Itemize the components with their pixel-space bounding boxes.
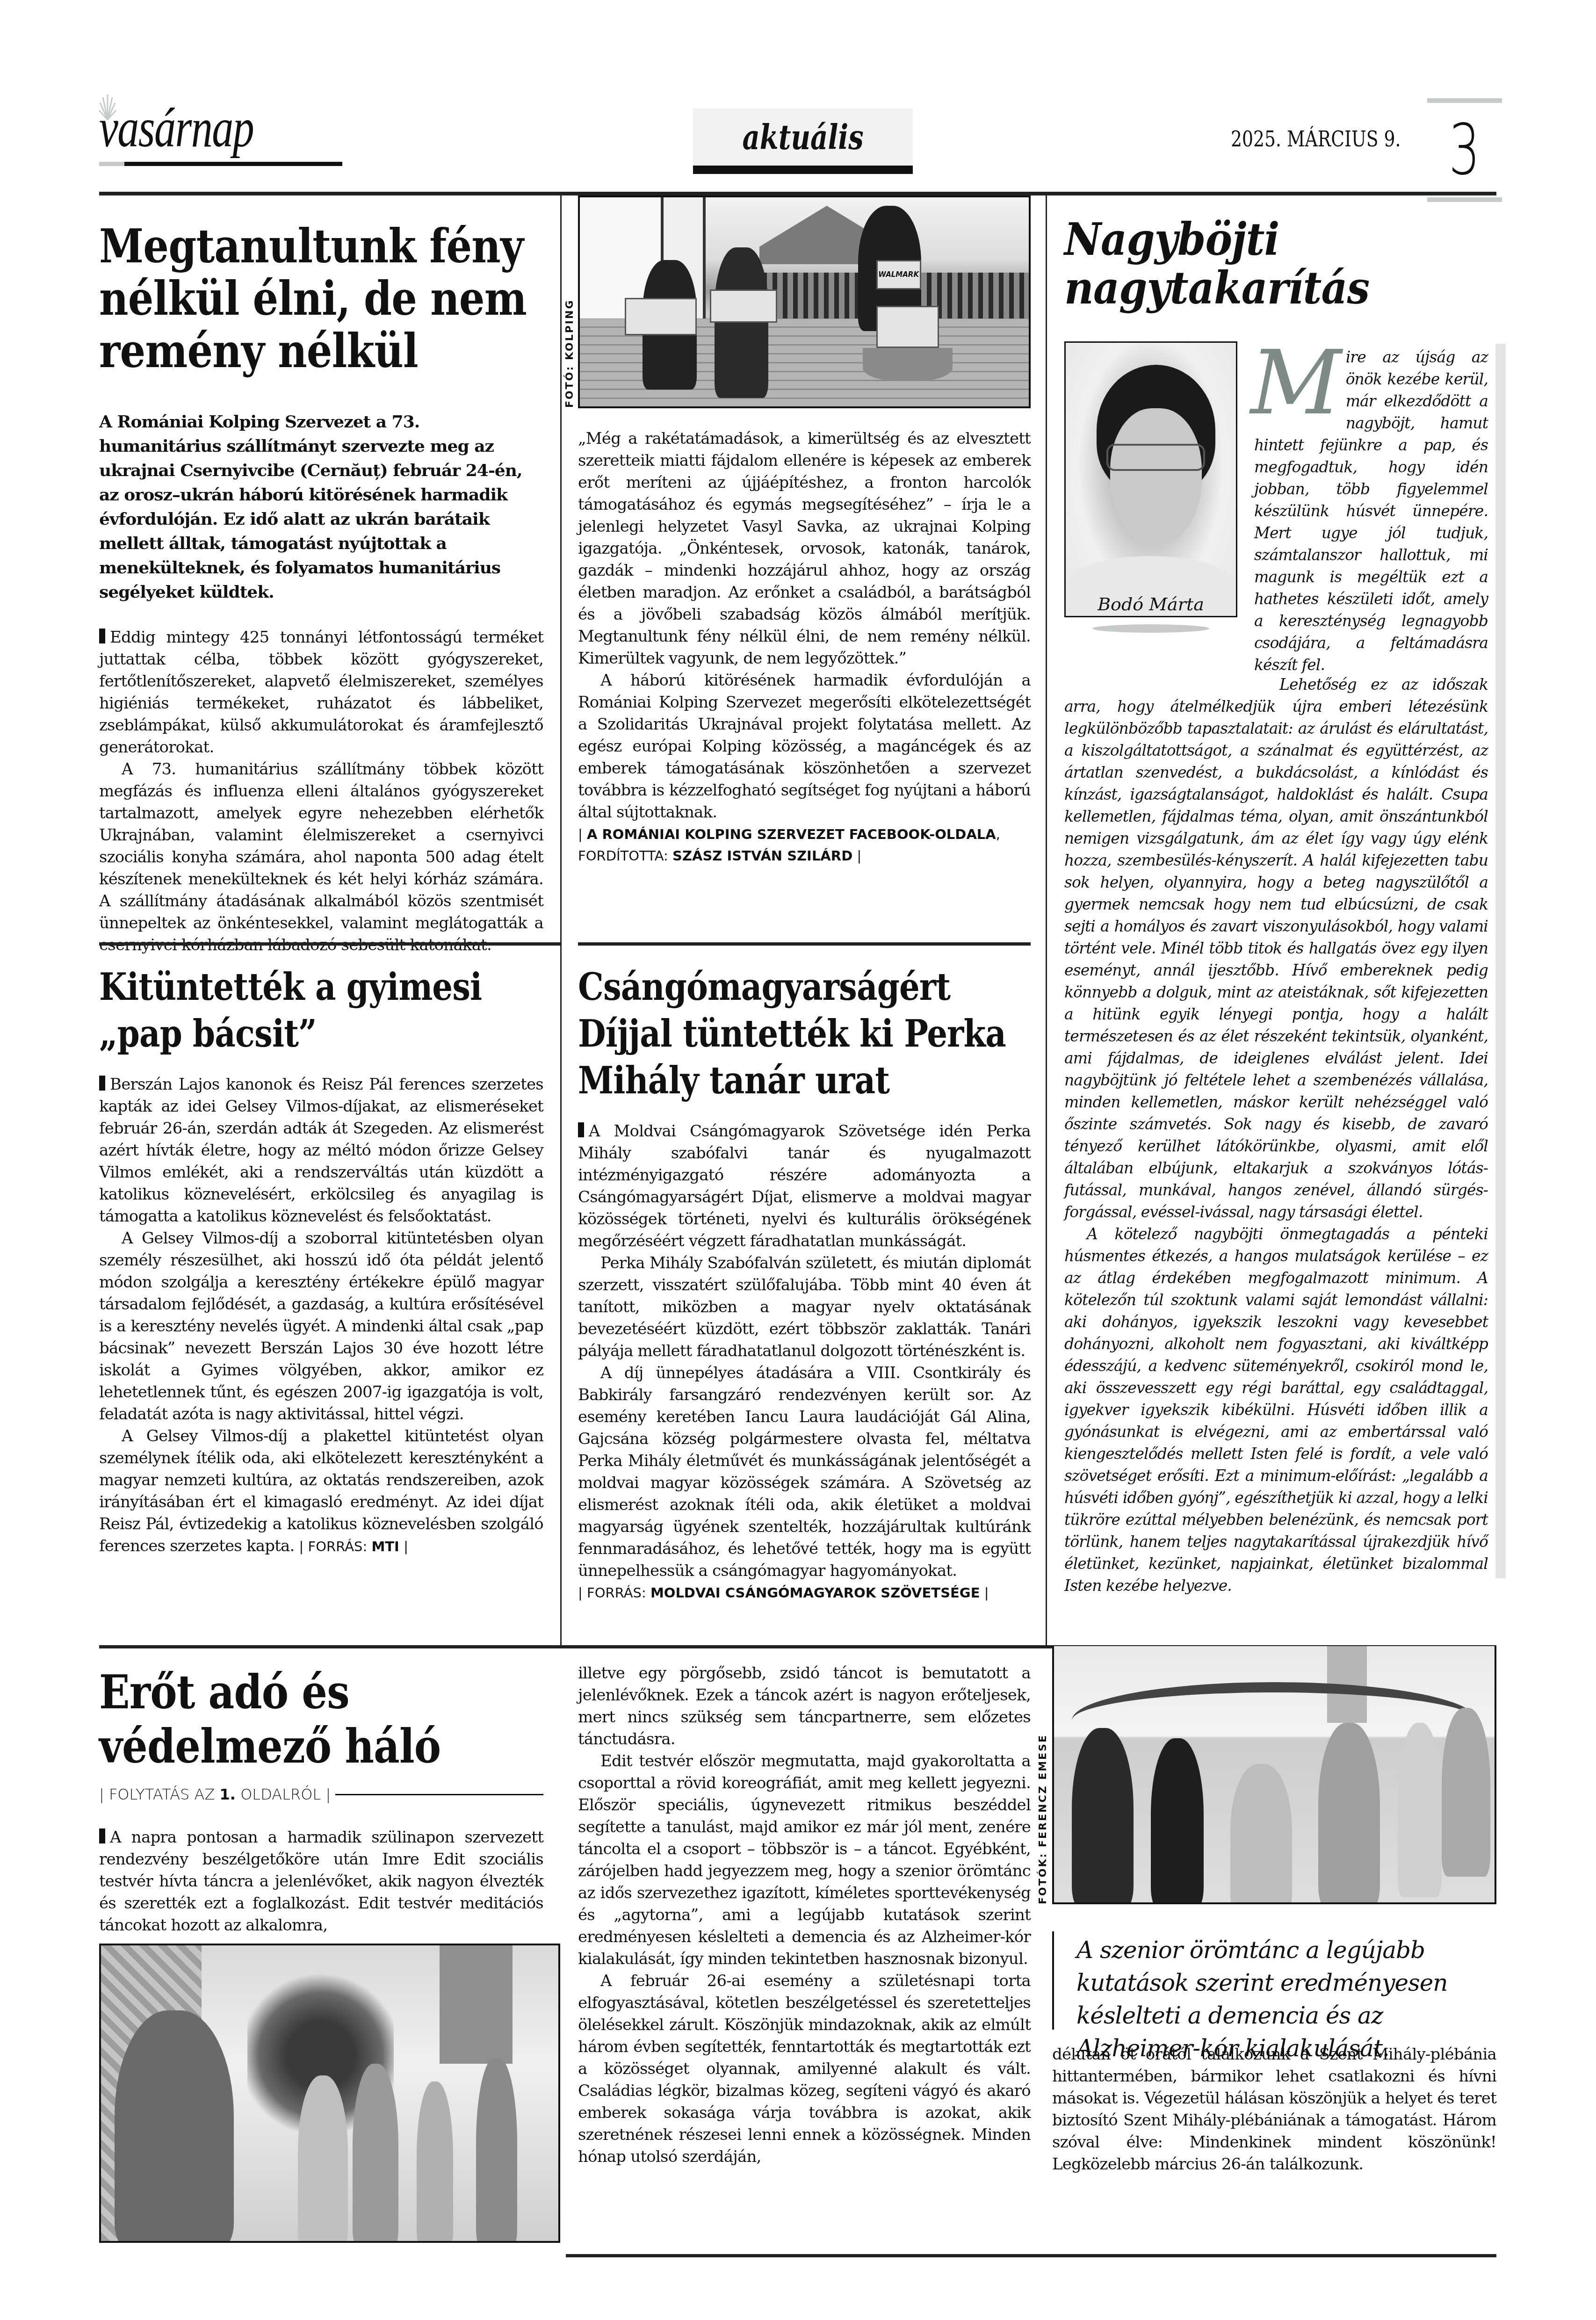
article-headline: Kitüntették a gyimesi „pap bácsit” <box>99 963 542 1057</box>
credit-translator: SZÁSZ ISTVÁN SZILÁRD <box>672 848 852 864</box>
article-credit: | FORRÁS: MTI | <box>299 1539 408 1554</box>
article-headline: Megtanultunk fény nélkül élni, de nem re… <box>99 220 542 377</box>
paragraph: A napra pontosan a harmadik szülinapon s… <box>99 1828 543 1935</box>
article-headline: Csángómagyarságért Díjjal tüntették ki P… <box>578 963 1033 1104</box>
issue-date: 2025. MÁRCIUS 9. <box>1231 126 1401 152</box>
masthead: vasárnap aktuális 2025. MÁRCIUS 9. 3 <box>99 56 1496 173</box>
section-rule <box>99 942 560 946</box>
column-divider <box>1046 195 1047 1645</box>
article-body: A napra pontosan a harmadik szülinapon s… <box>99 1827 543 1937</box>
continued-from[interactable]: | FOLYTATÁS AZ 1. OLDALRÓL | <box>99 1785 543 1803</box>
photo-meditation-dance <box>99 1944 560 2243</box>
drop-cap: M <box>1250 348 1341 418</box>
paragraph: illetve egy pörgősebb, zsidó táncot is b… <box>578 1662 1031 1750</box>
photo-credit: FOTÓK: FERENCZ EMESE <box>1037 1734 1049 1904</box>
section-rule <box>578 942 1031 946</box>
page-bottom-rule <box>566 2254 1496 2257</box>
photo-kolping-aid: WALMARK <box>578 195 1031 408</box>
article-lede: A Romániai Kolping Szervezet a 73. human… <box>99 410 543 604</box>
article-dance: Erőt adó és védelmező háló | FOLYTATÁS A… <box>99 1665 543 1937</box>
article-dance-col3: délután öt órától találkozunk a Szent Mi… <box>1052 2044 1496 2175</box>
paragraph: A Gelsey Vilmos-díj a szoborral kitüntet… <box>99 1228 543 1425</box>
continued-rule <box>335 1794 543 1795</box>
quote-rule <box>1052 1931 1054 2030</box>
section-tab[interactable]: aktuális <box>693 108 913 174</box>
article-kolping-continued: „Még a rakétatámadások, a kimerültség és… <box>578 428 1031 867</box>
paragraph: A díj ünnepélyes átadására a VIII. Csont… <box>578 1362 1031 1582</box>
paragraph: Berszán Lajos kanonok és Reisz Pál feren… <box>99 1075 543 1226</box>
paragraph: Eddig mintegy 425 tonnányi létfontosságú… <box>99 628 543 757</box>
paragraph: A háború kitörésének harmadik évfordulój… <box>578 670 1031 824</box>
glasses-shape <box>1106 444 1205 471</box>
paragraph: A Moldvai Csángómagyarok Szövetsége idén… <box>578 1122 1031 1250</box>
page-number: 3 <box>1449 115 1480 185</box>
paragraph: A 73. humanitárius szállítmány többek kö… <box>99 759 543 956</box>
opinion-title: Nagyböjti nagytakarítás <box>1064 215 1456 312</box>
paragraph: Edit testvér először megmutatta, majd gy… <box>578 1750 1031 1970</box>
opinion-body: Lehetőség ez az időszak arra, hogy átelm… <box>1064 673 1488 1597</box>
article-headline: Erőt adó és védelmező háló <box>99 1665 542 1773</box>
article-gelsey: Kitüntették a gyimesi „pap bácsit” Bersz… <box>99 963 543 1558</box>
opinion-column: Nagyböjti nagytakarítás <box>1064 215 1499 312</box>
header-rule <box>99 192 1496 195</box>
page-number-box: 3 <box>1427 98 1502 202</box>
section-label: aktuális <box>742 117 863 157</box>
credit-source: A ROMÁNIAI KOLPING SZERVEZET FACEBOOK-OL… <box>587 826 996 842</box>
article-body: Berszán Lajos kanonok és Reisz Pál feren… <box>99 1074 543 1558</box>
article-credit: | A ROMÁNIAI KOLPING SZERVEZET FACEBOOK-… <box>578 824 1031 867</box>
author-portrait <box>1064 341 1237 617</box>
photo-senior-dance <box>1052 1646 1496 1904</box>
paragraph: délután öt órától találkozunk a Szent Mi… <box>1052 2044 1496 2175</box>
logo-underline <box>99 162 342 166</box>
author-name: Bodó Márta <box>1064 594 1237 614</box>
column-divider <box>560 195 562 1645</box>
paragraph: A kötelező nagyböjti önmegtagadás a pént… <box>1064 1223 1488 1597</box>
paragraph: Perka Mihály Szabófalván született, és m… <box>578 1252 1031 1362</box>
author-oval <box>1092 624 1209 633</box>
lead-marker <box>99 1076 105 1091</box>
opinion-intro: Mire az újság az önök kezébe kerül, már … <box>1254 346 1488 676</box>
article-kolping: Megtanultunk fény nélkül élni, de nem re… <box>99 220 543 956</box>
lead-marker <box>578 1122 584 1137</box>
article-perka: Csángómagyarságért Díjjal tüntették ki P… <box>578 963 1031 1604</box>
paragraph: A Gelsey Vilmos-díj a plakettel kitüntet… <box>99 1425 543 1558</box>
article-body: Eddig mintegy 425 tonnányi létfontosságú… <box>99 627 543 956</box>
article-body: A Moldvai Csángómagyarok Szövetsége idén… <box>578 1120 1031 1604</box>
paragraph: Lehetőség ez az időszak arra, hogy átelm… <box>1064 673 1488 1223</box>
newspaper-logo[interactable]: vasárnap <box>99 101 253 156</box>
lead-marker <box>99 629 105 643</box>
paragraph: A február 26-ai esemény a születésnapi t… <box>578 1970 1031 2168</box>
walmark-box-label: WALMARK <box>876 260 921 289</box>
opinion-side-bar <box>1495 344 1506 1578</box>
photo-credit: FOTÓ: KOLPING <box>564 299 576 408</box>
article-dance-col2: illetve egy pörgősebb, zsidó táncot is b… <box>578 1662 1031 2168</box>
paragraph: „Még a rakétatámadások, a kimerültség és… <box>578 428 1031 670</box>
article-credit: | FORRÁS: MOLDVAI CSÁNGÓMAGYAROK SZÖVETS… <box>578 1582 1031 1604</box>
lead-marker <box>99 1829 105 1843</box>
